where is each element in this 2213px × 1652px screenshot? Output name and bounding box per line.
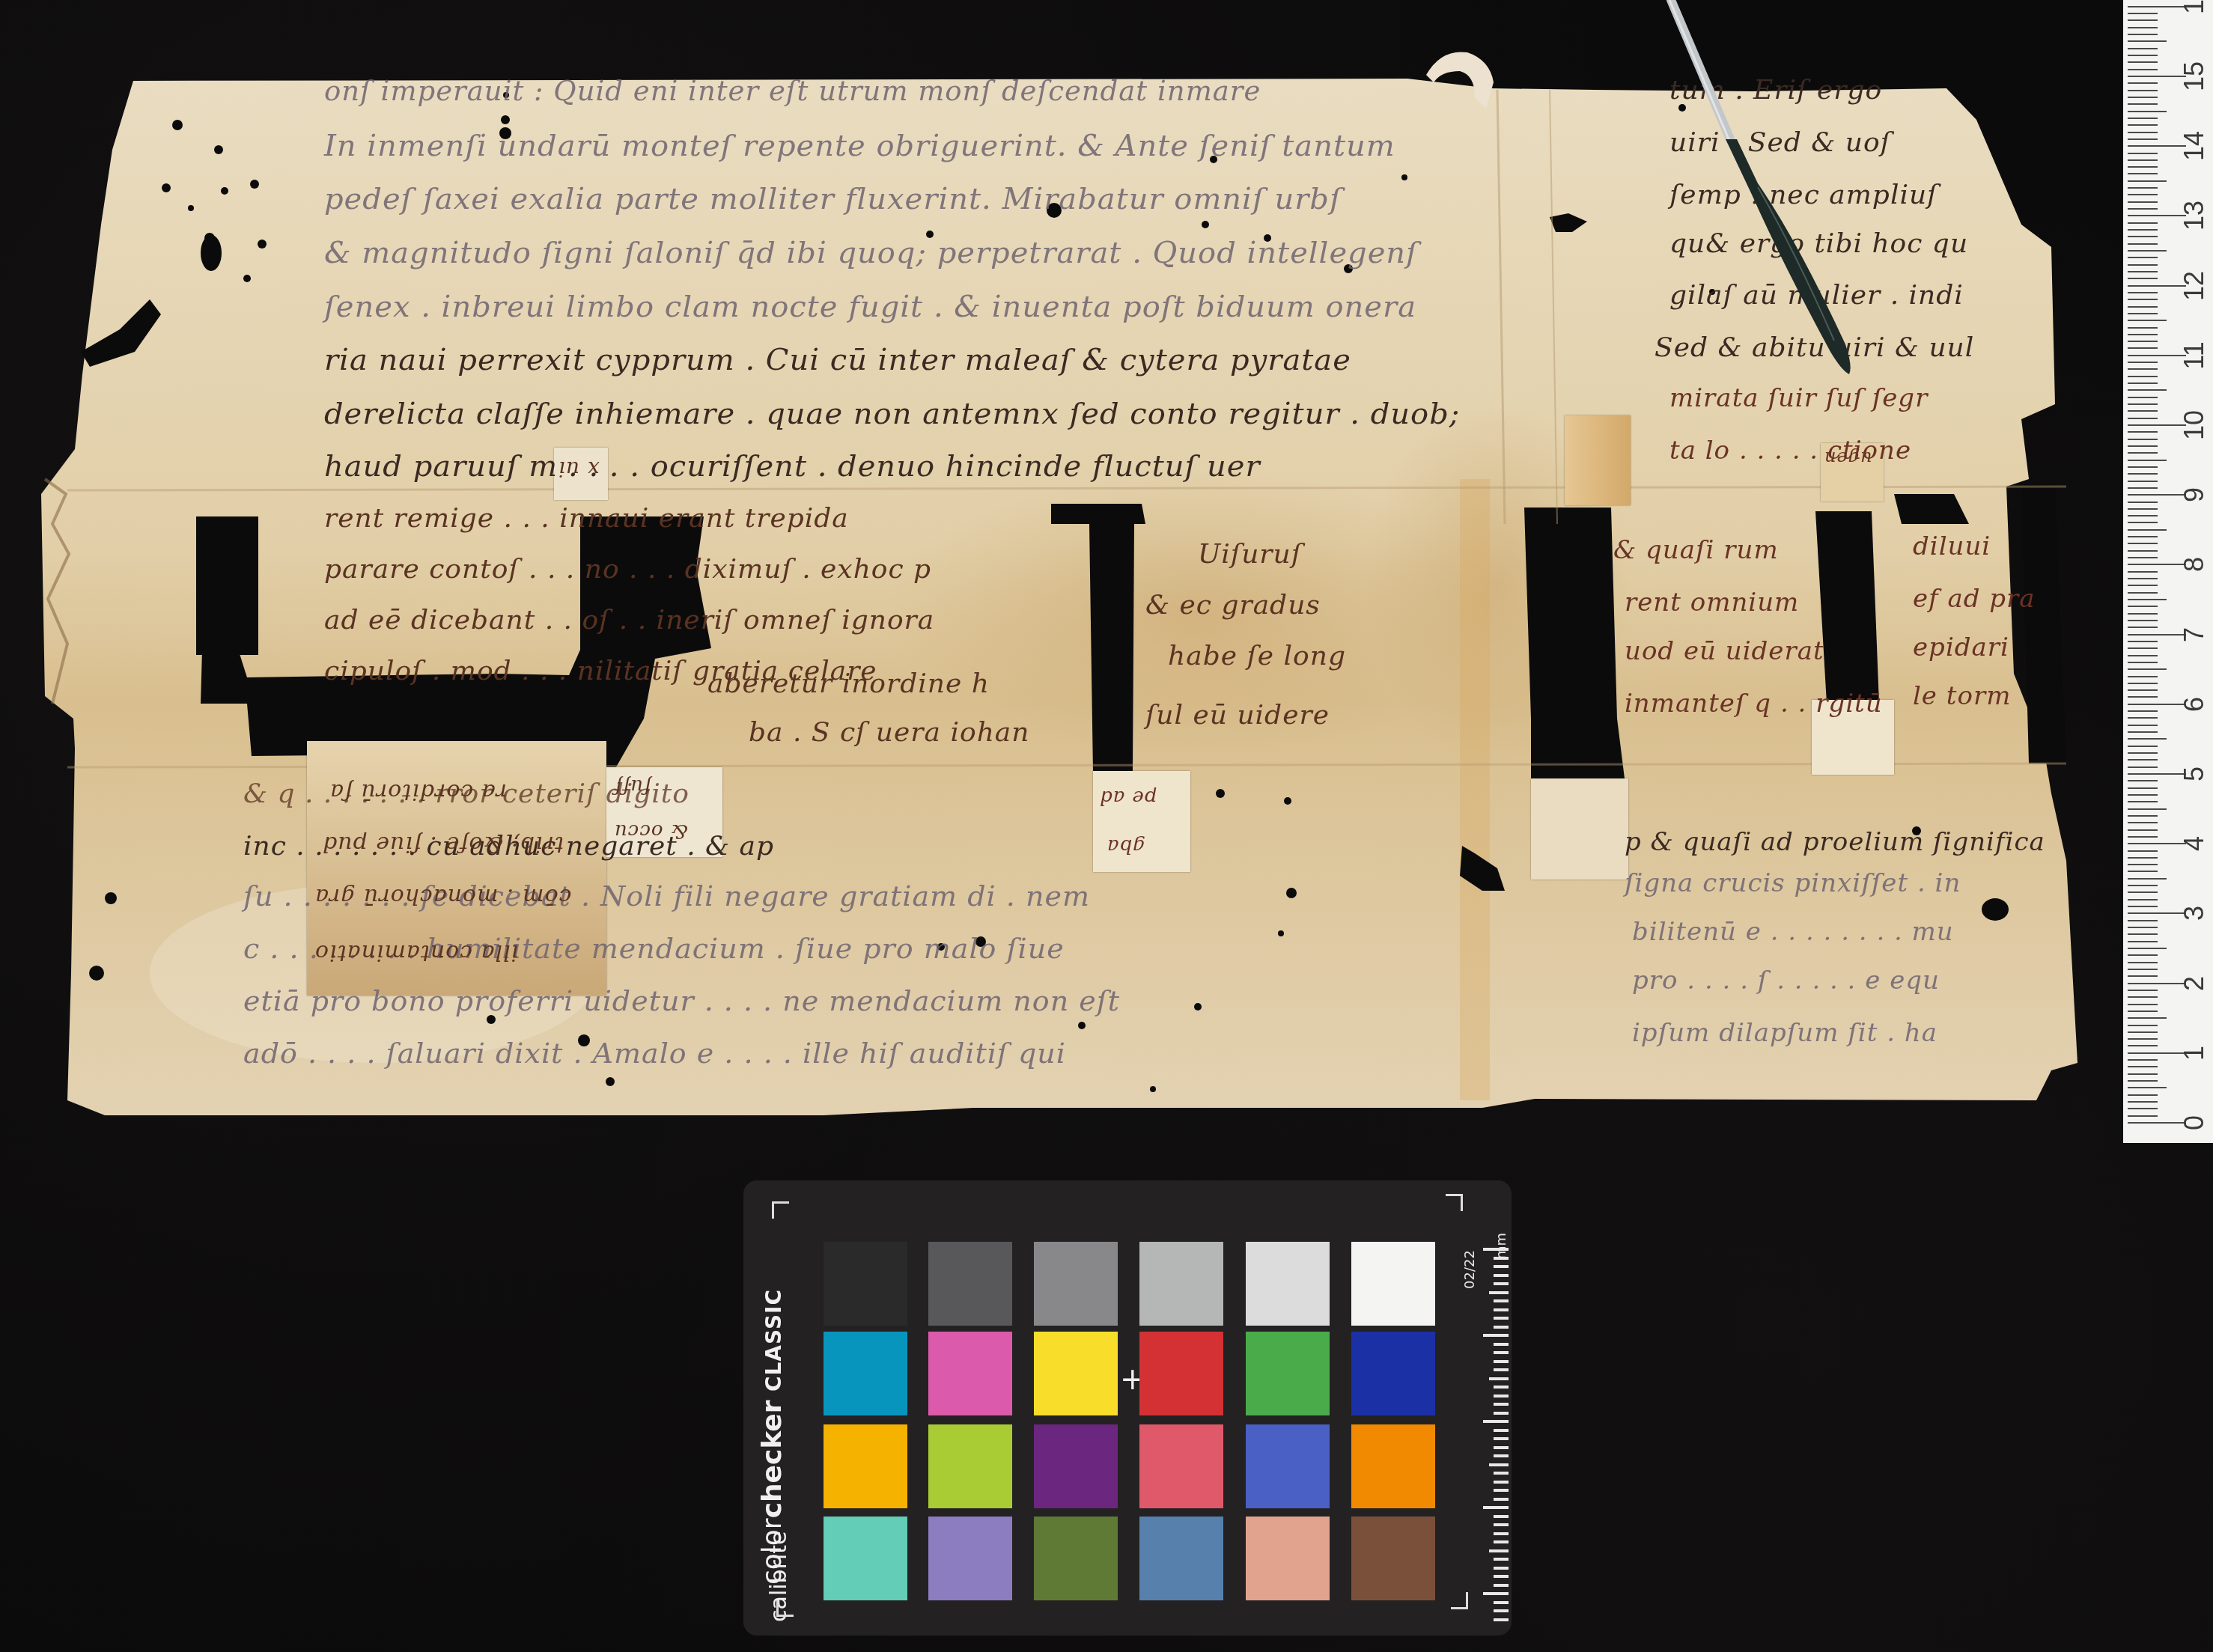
color-swatch-neutral-8 bbox=[1246, 1242, 1330, 1326]
ruler-tick bbox=[2128, 668, 2167, 670]
text-line: ſenex . inbreui limbo clam nocte fugit .… bbox=[324, 290, 1416, 324]
color-swatch-blue-sky bbox=[1139, 1517, 1223, 1600]
ruler-tick bbox=[2128, 410, 2158, 412]
ruler-tick bbox=[2128, 1066, 2158, 1067]
ruler-label: 2 bbox=[2181, 965, 2208, 1002]
ruler-tick bbox=[2128, 1115, 2158, 1117]
ruler-tick bbox=[2128, 599, 2167, 600]
ruler-tick bbox=[2128, 118, 2158, 119]
ruler-tick bbox=[2128, 738, 2167, 740]
text-line: inmanteſ q . . rgitū bbox=[1625, 689, 1883, 719]
ruler-tick bbox=[2128, 397, 2158, 398]
ruler-tick bbox=[2128, 773, 2186, 775]
color-swatch-blue-flower bbox=[928, 1517, 1012, 1600]
color-swatch-red bbox=[1139, 1332, 1223, 1415]
color-swatch-light-skin bbox=[1246, 1517, 1330, 1600]
ruler-tick bbox=[2128, 592, 2158, 594]
ruler-tick bbox=[2128, 153, 2158, 154]
text-line: ba . S cſ uera iohan bbox=[749, 717, 1030, 748]
ruler-label: 9 bbox=[2181, 476, 2208, 513]
ruler-tick bbox=[2128, 439, 2158, 440]
ruler-tick bbox=[2128, 1052, 2186, 1054]
ruler-tick bbox=[2128, 502, 2158, 503]
color-swatch-bluish-green bbox=[824, 1517, 907, 1600]
color-swatch-neutral-3.5 bbox=[928, 1242, 1012, 1326]
unit-label: mm bbox=[1494, 1233, 1509, 1259]
checker-scale-tick bbox=[1494, 1481, 1509, 1484]
ruler-tick bbox=[2128, 1073, 2158, 1075]
text-line: ſigna crucis pinxiſſet . in bbox=[1625, 868, 1961, 898]
ruler-tick bbox=[2128, 473, 2158, 475]
ruler-tick bbox=[2128, 864, 2158, 865]
ruler-tick bbox=[2128, 1080, 2158, 1082]
ruler-tick bbox=[2128, 954, 2158, 956]
ruler-tick bbox=[2128, 641, 2158, 642]
ruler-tick bbox=[2128, 236, 2158, 237]
measurement-ruler: 01234567891011121314151 bbox=[2123, 0, 2213, 1143]
ruler-tick bbox=[2128, 355, 2186, 356]
checker-scale-tick bbox=[1494, 1326, 1509, 1329]
ruler-tick bbox=[2128, 103, 2158, 105]
ruler-tick bbox=[2128, 647, 2158, 649]
date-code: 02/22 bbox=[1462, 1250, 1478, 1289]
checker-scale-tick bbox=[1494, 1386, 1509, 1389]
checker-scale-tick bbox=[1494, 1523, 1509, 1526]
text-line: uod eū uiderat bbox=[1625, 636, 1824, 666]
manuscript-fragment: onſ imperauit : Quid eni inter eſt utrum… bbox=[0, 0, 2213, 1198]
ruler-tick bbox=[2128, 424, 2186, 426]
ruler-tick bbox=[2128, 1094, 2158, 1096]
checker-scale-tick bbox=[1494, 1575, 1509, 1578]
checker-scale-tick bbox=[1494, 1515, 1509, 1518]
ruler-tick bbox=[2128, 578, 2158, 579]
text-line: ef ad pra bbox=[1913, 584, 2036, 614]
checker-scale-tick bbox=[1494, 1299, 1509, 1302]
patch-text-line: x ui bbox=[558, 457, 600, 481]
ruler-tick bbox=[2128, 787, 2158, 789]
ruler-tick bbox=[2128, 948, 2167, 949]
ruler-tick bbox=[2128, 452, 2158, 454]
text-line: & ec gradus bbox=[1145, 590, 1321, 621]
color-swatch-cyan bbox=[824, 1332, 907, 1415]
color-swatch-yellow-green bbox=[928, 1424, 1012, 1508]
ruler-tick bbox=[2128, 1059, 2158, 1061]
checker-scale-tick bbox=[1494, 1403, 1509, 1406]
ruler-tick bbox=[2128, 850, 2158, 852]
ruler-tick bbox=[2128, 132, 2158, 133]
ruler-tick bbox=[2128, 655, 2158, 656]
text-line: uiri . Sed & uoſ bbox=[1669, 127, 1891, 158]
ruler-tick bbox=[2128, 341, 2158, 342]
text-line: tum . Eriſ ergo bbox=[1669, 75, 1882, 106]
ruler-tick bbox=[2128, 55, 2158, 56]
text-line: onſ imperauit : Quid eni inter eſt utrum… bbox=[324, 75, 1261, 107]
color-swatch-foliage bbox=[1034, 1517, 1118, 1600]
ruler-tick bbox=[2128, 271, 2158, 272]
ruler-tick bbox=[2128, 891, 2158, 893]
ruler-tick bbox=[2128, 996, 2158, 998]
ruler-tick bbox=[2128, 1004, 2158, 1005]
ruler-tick bbox=[2128, 180, 2167, 182]
ruler-tick bbox=[2128, 257, 2158, 258]
ruler-tick bbox=[2128, 731, 2158, 733]
ruler-tick bbox=[2128, 536, 2158, 537]
ruler-tick bbox=[2128, 1038, 2158, 1040]
checker-scale-tick bbox=[1494, 1395, 1509, 1398]
checker-scale-tick bbox=[1494, 1343, 1509, 1346]
text-line: ria naui perrexit cypprum . Cui cū inter… bbox=[324, 343, 1351, 377]
ruler-label: 12 bbox=[2181, 267, 2208, 305]
ruler-tick bbox=[2128, 627, 2158, 628]
color-swatch-green bbox=[1246, 1332, 1330, 1415]
checker-scale-tick bbox=[1494, 1368, 1509, 1371]
ruler-tick bbox=[2128, 362, 2158, 363]
ruler-tick bbox=[2128, 460, 2167, 461]
ruler-tick bbox=[2128, 13, 2158, 14]
ruler-tick bbox=[2128, 82, 2158, 84]
ruler-tick bbox=[2128, 871, 2158, 872]
ruler-tick bbox=[2128, 746, 2158, 747]
ruler-tick bbox=[2128, 250, 2167, 252]
patch-text-line: gba bbox=[1106, 835, 1145, 857]
color-swatch-purplish-blue bbox=[1246, 1424, 1330, 1508]
text-line: derelicta claſſe inhiemare . quae non an… bbox=[324, 397, 1460, 431]
color-swatch-dark-skin bbox=[1351, 1517, 1435, 1600]
ruler-tick bbox=[2128, 766, 2158, 768]
ruler-label: 14 bbox=[2181, 127, 2208, 165]
text-line: diluui bbox=[1913, 531, 1991, 561]
patch-text-line: ugen bbox=[1824, 448, 1872, 469]
ruler-tick bbox=[2128, 376, 2158, 377]
text-line: le torm bbox=[1913, 681, 2011, 711]
ruler-tick bbox=[2128, 34, 2158, 35]
checker-scale-tick bbox=[1494, 1540, 1509, 1543]
ruler-tick bbox=[2128, 1108, 2158, 1109]
ruler-tick bbox=[2128, 418, 2158, 419]
ruler-tick bbox=[2128, 752, 2158, 754]
text-line: habe ſe long bbox=[1168, 641, 1346, 671]
color-checker-card: colorchecker CLASSIC calibrite 02/22 mm … bbox=[743, 1180, 1512, 1636]
checker-scale-tick bbox=[1494, 1274, 1509, 1277]
ruler-tick bbox=[2128, 334, 2158, 335]
ruler-tick bbox=[2128, 208, 2158, 210]
ruler-tick bbox=[2128, 27, 2158, 28]
ruler-tick bbox=[2128, 61, 2158, 63]
ruler-tick bbox=[2128, 173, 2158, 174]
ruler-tick bbox=[2128, 138, 2158, 140]
ruler-tick bbox=[2128, 843, 2186, 844]
text-line: rent remige . . . innaui erant trepida bbox=[324, 503, 849, 534]
ruler-tick bbox=[2128, 878, 2167, 880]
ruler-tick bbox=[2128, 76, 2186, 77]
ruler-label: 6 bbox=[2181, 686, 2208, 723]
ruler-tick bbox=[2128, 166, 2158, 168]
ruler-tick bbox=[2128, 1017, 2167, 1019]
ruler-tick bbox=[2128, 983, 2186, 984]
patch-text-line: & occu bbox=[614, 820, 688, 842]
ruler-tick bbox=[2128, 885, 2158, 886]
text-line: bilitenū e . . . . . . . . mu bbox=[1632, 917, 1954, 947]
ruler-tick bbox=[2128, 1122, 2186, 1124]
ruler-label: 13 bbox=[2181, 197, 2208, 234]
patch-text-line: cōm . monachorū gra bbox=[314, 883, 571, 909]
ruler-tick bbox=[2128, 69, 2158, 70]
text-line: ipſum dilapſum ſit . ha bbox=[1632, 1018, 1937, 1048]
text-line: epidari bbox=[1913, 633, 2009, 662]
ruler-tick bbox=[2128, 222, 2158, 224]
ruler-tick bbox=[2128, 634, 2186, 635]
ruler-tick bbox=[2128, 815, 2158, 817]
text-line: ſemp . nec ampliuſ bbox=[1669, 180, 1937, 210]
ruler-tick bbox=[2128, 159, 2158, 161]
ruler-tick bbox=[2128, 347, 2158, 349]
ruler-tick bbox=[2128, 857, 2158, 859]
ruler-tick bbox=[2128, 606, 2158, 607]
ruler-tick bbox=[2128, 1025, 2158, 1026]
ruler-tick bbox=[2128, 194, 2158, 195]
ruler-tick bbox=[2128, 382, 2158, 384]
text-line: Uiſuruſ bbox=[1198, 539, 1302, 570]
ruler-tick bbox=[2128, 613, 2158, 615]
ruler-tick bbox=[2128, 6, 2186, 7]
ruler-tick bbox=[2128, 431, 2158, 433]
checker-scale-tick bbox=[1494, 1498, 1509, 1501]
ruler-tick bbox=[2128, 808, 2167, 810]
ruler-tick bbox=[2128, 187, 2158, 189]
text-line: mirata ſuir ſuſ ſegr bbox=[1669, 383, 1928, 413]
ruler-tick bbox=[2128, 320, 2167, 321]
text-line: gilaſ aū mulier . indi bbox=[1669, 280, 1964, 311]
ruler-label: 4 bbox=[2181, 825, 2208, 862]
ruler-tick bbox=[2128, 243, 2158, 245]
ruler-tick bbox=[2128, 445, 2158, 447]
ruler-tick bbox=[2128, 264, 2158, 266]
ruler-tick bbox=[2128, 229, 2158, 231]
ruler-tick bbox=[2128, 529, 2167, 531]
ruler-tick bbox=[2128, 906, 2158, 907]
color-swatch-moderate-red bbox=[1139, 1424, 1223, 1508]
ruler-tick bbox=[2128, 564, 2186, 565]
color-swatch-neutral-6.5 bbox=[1139, 1242, 1223, 1326]
patch-text-line: ra corditorū ſa bbox=[329, 778, 507, 805]
ruler-tick bbox=[2128, 829, 2158, 831]
checker-scale-tick bbox=[1494, 1265, 1509, 1268]
checker-scale-tick bbox=[1494, 1558, 1509, 1561]
checker-scale-tick bbox=[1483, 1592, 1509, 1595]
text-line: haud paruuſ m . . . . ocuriſſent . denuo… bbox=[324, 449, 1261, 484]
ruler-tick bbox=[2128, 1011, 2158, 1012]
ruler-tick bbox=[2128, 571, 2158, 573]
color-swatch-magenta bbox=[928, 1332, 1012, 1415]
ruler-tick bbox=[2128, 48, 2158, 49]
ruler-tick bbox=[2128, 780, 2158, 781]
ruler-tick bbox=[2128, 368, 2158, 370]
ruler-label: 11 bbox=[2181, 337, 2208, 374]
text-line: & magnitudo ſigni ſaloniſ q̄d ibi quoq; … bbox=[324, 236, 1418, 270]
checker-scale-tick bbox=[1489, 1463, 1509, 1466]
ruler-label: 7 bbox=[2181, 616, 2208, 653]
ruler-label: 3 bbox=[2181, 894, 2208, 932]
checker-scale-tick bbox=[1494, 1317, 1509, 1320]
ruler-tick bbox=[2128, 794, 2158, 796]
color-swatch-orange bbox=[1351, 1424, 1435, 1508]
ruler-tick bbox=[2128, 543, 2158, 544]
ruler-tick bbox=[2128, 710, 2158, 712]
text-line: ſul eū uidere bbox=[1145, 700, 1330, 731]
ruler-tick bbox=[2128, 1045, 2158, 1046]
checker-scale-tick bbox=[1494, 1412, 1509, 1415]
checker-scale-tick bbox=[1494, 1429, 1509, 1432]
ruler-tick bbox=[2128, 1101, 2158, 1103]
ruler-tick bbox=[2128, 124, 2158, 126]
ruler-label: 5 bbox=[2181, 755, 2208, 793]
text-line: etiā pro bono proferri uidetur . . . . n… bbox=[243, 984, 1120, 1017]
ruler-tick bbox=[2128, 327, 2158, 329]
color-swatch-orange-yellow bbox=[824, 1424, 907, 1508]
ruler-tick bbox=[2128, 1031, 2158, 1033]
ruler-tick bbox=[2128, 689, 2158, 691]
ruler-label: 8 bbox=[2181, 546, 2208, 583]
patch-text-line: ſuff bbox=[614, 775, 651, 797]
corner-mark-icon bbox=[772, 1201, 789, 1219]
text-line: p & quaſi ad proelium ſignifica bbox=[1625, 827, 2045, 857]
checker-scale-tick bbox=[1489, 1549, 1509, 1552]
checker-scale-tick bbox=[1483, 1420, 1509, 1423]
ruler-tick bbox=[2128, 215, 2186, 216]
checker-scale-tick bbox=[1483, 1248, 1509, 1251]
checker-scale-tick bbox=[1494, 1360, 1509, 1363]
ruler-tick bbox=[2128, 403, 2158, 405]
ruler-tick bbox=[2128, 676, 2158, 677]
ruler-tick bbox=[2128, 990, 2158, 991]
text-line: parare contoſ . . . no . . . diximuſ . e… bbox=[324, 554, 931, 585]
ruler-tick bbox=[2128, 941, 2158, 942]
ruler-tick bbox=[2128, 389, 2167, 391]
text-line: ad eē dicebant . . oſ . . ineriſ omneſ i… bbox=[324, 605, 934, 635]
ruler-tick bbox=[2128, 836, 2158, 838]
ruler-tick bbox=[2128, 145, 2186, 147]
checker-scale-tick bbox=[1494, 1532, 1509, 1535]
ruler-tick bbox=[2128, 1087, 2167, 1088]
ruler-tick bbox=[2128, 920, 2158, 921]
corner-mark-icon bbox=[1451, 1592, 1468, 1609]
ruler-tick bbox=[2128, 822, 2158, 823]
ruler-tick bbox=[2128, 899, 2158, 900]
ruler-tick bbox=[2128, 927, 2158, 928]
color-swatch-white bbox=[1351, 1242, 1435, 1326]
color-swatch-yellow bbox=[1034, 1332, 1118, 1415]
ruler-tick bbox=[2128, 278, 2158, 279]
ruler-tick bbox=[2128, 696, 2158, 698]
ruler-tick bbox=[2128, 285, 2186, 287]
color-swatch-purple bbox=[1034, 1424, 1118, 1508]
checker-scale-tick bbox=[1494, 1601, 1509, 1604]
checker-scale-tick bbox=[1494, 1618, 1509, 1621]
ruler-tick bbox=[2128, 962, 2158, 963]
ruler-tick bbox=[2128, 299, 2158, 300]
checker-scale-tick bbox=[1489, 1377, 1509, 1380]
ruler-tick bbox=[2128, 19, 2158, 21]
ruler-tick bbox=[2128, 306, 2158, 308]
ruler-tick bbox=[2128, 111, 2167, 112]
ruler-label: 1 bbox=[2181, 0, 2208, 25]
ruler-tick bbox=[2128, 975, 2158, 977]
small-patch-right bbox=[1531, 778, 1628, 880]
text-line: qu& ergo tibi hoc qu bbox=[1669, 228, 1968, 259]
ruler-tick bbox=[2128, 292, 2158, 293]
checker-scale-tick bbox=[1494, 1257, 1509, 1260]
corner-mark-icon bbox=[1446, 1194, 1463, 1211]
ruler-tick bbox=[2128, 466, 2158, 468]
ruler-tick bbox=[2128, 487, 2158, 489]
ruler-tick bbox=[2128, 550, 2158, 552]
checker-scale-tick bbox=[1483, 1506, 1509, 1509]
ruler-tick bbox=[2128, 557, 2158, 558]
patch-text-line: trib; &ofe . ſiue pud bbox=[322, 831, 564, 857]
ruler-tick bbox=[2128, 97, 2158, 98]
ruler-tick bbox=[2128, 40, 2167, 42]
ruler-label: 0 bbox=[2181, 1104, 2208, 1142]
ruler-label: 10 bbox=[2181, 406, 2208, 444]
checker-scale-tick bbox=[1483, 1334, 1509, 1337]
checker-scale-tick bbox=[1494, 1584, 1509, 1587]
color-swatch-black bbox=[824, 1242, 907, 1326]
ruler-tick bbox=[2128, 313, 2158, 314]
ruler-tick bbox=[2128, 759, 2158, 761]
ruler-tick bbox=[2128, 620, 2158, 621]
ruler-tick bbox=[2128, 515, 2158, 516]
checker-scale-tick bbox=[1494, 1472, 1509, 1475]
ruler-tick bbox=[2128, 969, 2158, 970]
ruler-label: 1 bbox=[2181, 1034, 2208, 1072]
small-patch-tan bbox=[1565, 415, 1631, 505]
checker-scale-tick bbox=[1494, 1437, 1509, 1440]
ruler-tick bbox=[2128, 522, 2158, 523]
text-line: aberetur inordine h bbox=[707, 668, 990, 699]
ruler-tick bbox=[2128, 508, 2158, 510]
ruler-tick bbox=[2128, 201, 2158, 203]
text-line: In inmenſi undarū monteſ repente obrigue… bbox=[324, 129, 1395, 163]
ruler-tick bbox=[2128, 683, 2158, 684]
ruler-tick bbox=[2128, 801, 2158, 802]
text-line: pro . . . . ſ . . . . . e equ bbox=[1632, 966, 1940, 996]
text-line: adō . . . . ſaluari dixit . Amalo e . . … bbox=[243, 1037, 1066, 1070]
checker-scale-tick bbox=[1494, 1282, 1509, 1285]
checker-scale-tick bbox=[1494, 1609, 1509, 1612]
ruler-tick bbox=[2128, 585, 2158, 586]
ruler-tick bbox=[2128, 494, 2186, 496]
text-line: rent omnium bbox=[1625, 588, 1799, 618]
ruler-tick bbox=[2128, 481, 2158, 482]
ruler-tick bbox=[2128, 717, 2158, 719]
patch-text-line: pe ad bbox=[1099, 786, 1157, 808]
corner-mark-icon bbox=[776, 1600, 794, 1617]
checker-scale-tick bbox=[1494, 1308, 1509, 1311]
color-swatch-neutral-5 bbox=[1034, 1242, 1118, 1326]
checker-scale-tick bbox=[1489, 1291, 1509, 1294]
ruler-tick bbox=[2128, 933, 2158, 935]
ruler-label: 15 bbox=[2181, 58, 2208, 95]
checker-scale-tick bbox=[1494, 1489, 1509, 1492]
ruler-tick bbox=[2128, 725, 2158, 726]
text-line: Sed & abitu uiri & uul bbox=[1655, 332, 1974, 363]
ruler-tick bbox=[2128, 90, 2158, 91]
checker-scale-tick bbox=[1494, 1454, 1509, 1457]
ruler-tick bbox=[2128, 662, 2158, 663]
checker-scale-tick bbox=[1494, 1351, 1509, 1354]
text-line: ta lo . . . . . ctione bbox=[1669, 436, 1911, 466]
checker-scale-tick bbox=[1494, 1567, 1509, 1570]
